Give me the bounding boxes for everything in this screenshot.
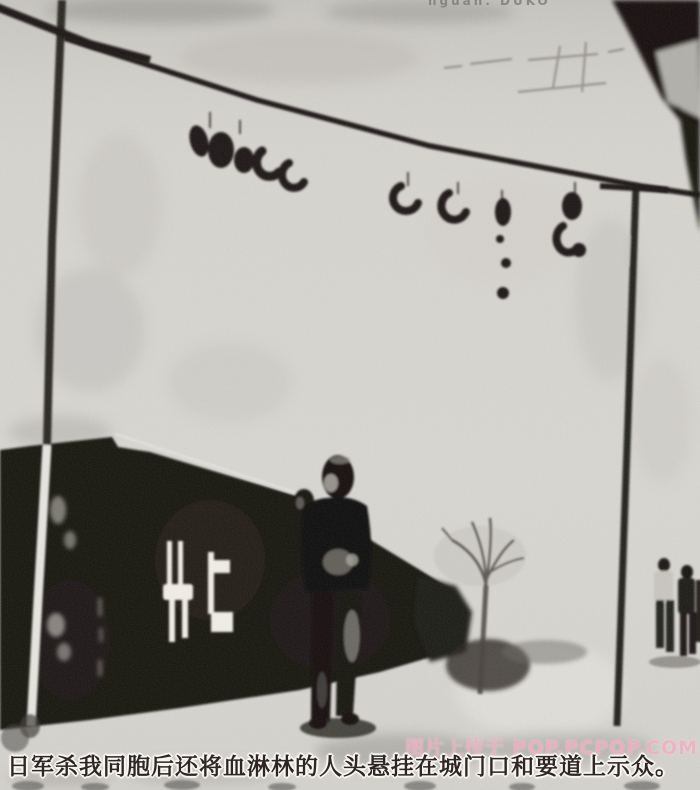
photo-scene (0, 0, 700, 790)
film-grain (0, 0, 700, 790)
historical-photo: nguan. DUKO 图片上传于 POP.PCPOP.COM 日军杀我同胞后还… (0, 0, 700, 790)
photo-caption: 日军杀我同胞后还将血淋林的人头悬挂在城门口和要道上示众。 (7, 748, 679, 781)
edge-text-fragment: nguan. DUKO (428, 0, 551, 8)
